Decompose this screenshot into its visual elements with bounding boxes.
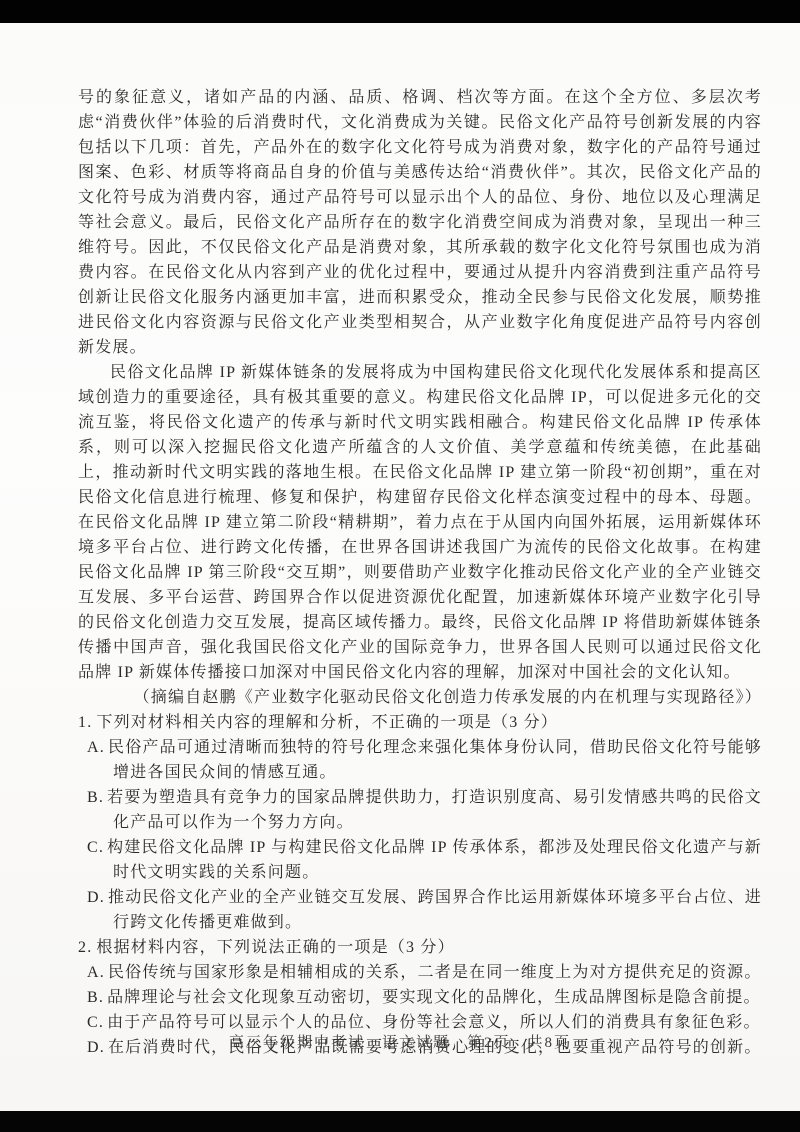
passage-paragraph-1: 号的象征意义，诸如产品的内涵、品质、格调、档次等方面。在这个全方位、多层次考虑“… bbox=[78, 85, 762, 360]
question-1-option-a-text: 民俗产品可通过清晰而独特的符号化理念来强化集体身份认同，借助民俗文化符号能够增进… bbox=[108, 739, 762, 781]
question-2-option-b-label: B. bbox=[87, 989, 107, 1006]
question-1-option-c-label: C. bbox=[87, 839, 107, 856]
question-1-option-d: D.推动民俗文化产业的全产业链交互发展、跨国界合作比运用新媒体环境多平台占位、进… bbox=[87, 885, 762, 935]
question-1: 1.下列对材料相关内容的理解和分析，不正确的一项是（3 分） A.民俗产品可通过… bbox=[78, 710, 762, 935]
question-1-option-b-label: B. bbox=[87, 789, 107, 806]
scan-border-bottom bbox=[0, 1111, 800, 1132]
question-1-number: 1. bbox=[78, 714, 96, 731]
question-1-option-c-text: 构建民俗文化品牌 IP 与构建民俗文化品牌 IP 传承体系，都涉及处理民俗文化遗… bbox=[107, 839, 762, 881]
question-2-option-c-label: C. bbox=[87, 1014, 107, 1031]
question-2-option-b: B.品牌理论与社会文化现象互动密切，要实现文化的品牌化，生成品牌图标是隐含前提。 bbox=[87, 985, 762, 1010]
question-2-option-a-text: 民俗传统与国家形象是相辅相成的关系，二者是在同一维度上为对方提供充足的资源。 bbox=[108, 964, 762, 981]
question-1-stem-text: 下列对材料相关内容的理解和分析，不正确的一项是（3 分） bbox=[96, 714, 558, 731]
page-footer: 高三年级期中考试 语文试题 第2页 共8页 bbox=[0, 1031, 800, 1052]
question-1-option-a: A.民俗产品可通过清晰而独特的符号化理念来强化集体身份认同，借助民俗文化符号能够… bbox=[87, 735, 762, 785]
question-1-stem: 1.下列对材料相关内容的理解和分析，不正确的一项是（3 分） bbox=[78, 710, 762, 735]
passage-paragraph-2: 民俗文化品牌 IP 新媒体链条的发展将成为中国构建民俗文化现代化发展体系和提高区… bbox=[78, 360, 762, 685]
scan-border-top bbox=[0, 0, 800, 23]
page-content: 号的象征意义，诸如产品的内涵、品质、格调、档次等方面。在这个全方位、多层次考虑“… bbox=[78, 85, 762, 1060]
question-2-number: 2. bbox=[78, 939, 96, 956]
question-1-option-d-text: 推动民俗文化产业的全产业链交互发展、跨国界合作比运用新媒体环境多平台占位、进行跨… bbox=[108, 889, 762, 931]
passage-attribution: （摘编自赵鹏《产业数字化驱动民俗文化创造力传承发展的内在机理与实现路径》） bbox=[78, 685, 762, 710]
question-2-option-a-label: A. bbox=[87, 964, 108, 981]
question-1-option-b: B.若要为塑造具有竞争力的国家品牌提供助力，打造识别度高、易引发情感共鸣的民俗文… bbox=[87, 785, 762, 835]
question-2-option-c-text: 由于产品符号可以显示个人的品位、身份等社会意义，所以人们的消费具有象征色彩。 bbox=[107, 1014, 761, 1031]
question-2-option-b-text: 品牌理论与社会文化现象互动密切，要实现文化的品牌化，生成品牌图标是隐含前提。 bbox=[107, 989, 761, 1006]
question-1-option-d-label: D. bbox=[87, 889, 108, 906]
question-2-stem-text: 根据材料内容，下列说法正确的一项是（3 分） bbox=[96, 939, 454, 956]
question-1-option-a-label: A. bbox=[87, 739, 108, 756]
exam-page: 号的象征意义，诸如产品的内涵、品质、格调、档次等方面。在这个全方位、多层次考虑“… bbox=[0, 23, 800, 1111]
question-2-stem: 2.根据材料内容，下列说法正确的一项是（3 分） bbox=[78, 935, 762, 960]
question-1-option-b-text: 若要为塑造具有竞争力的国家品牌提供助力，打造识别度高、易引发情感共鸣的民俗文化产… bbox=[107, 789, 762, 831]
question-1-option-c: C.构建民俗文化品牌 IP 与构建民俗文化品牌 IP 传承体系，都涉及处理民俗文… bbox=[87, 835, 762, 885]
question-2-option-a: A.民俗传统与国家形象是相辅相成的关系，二者是在同一维度上为对方提供充足的资源。 bbox=[87, 960, 762, 985]
